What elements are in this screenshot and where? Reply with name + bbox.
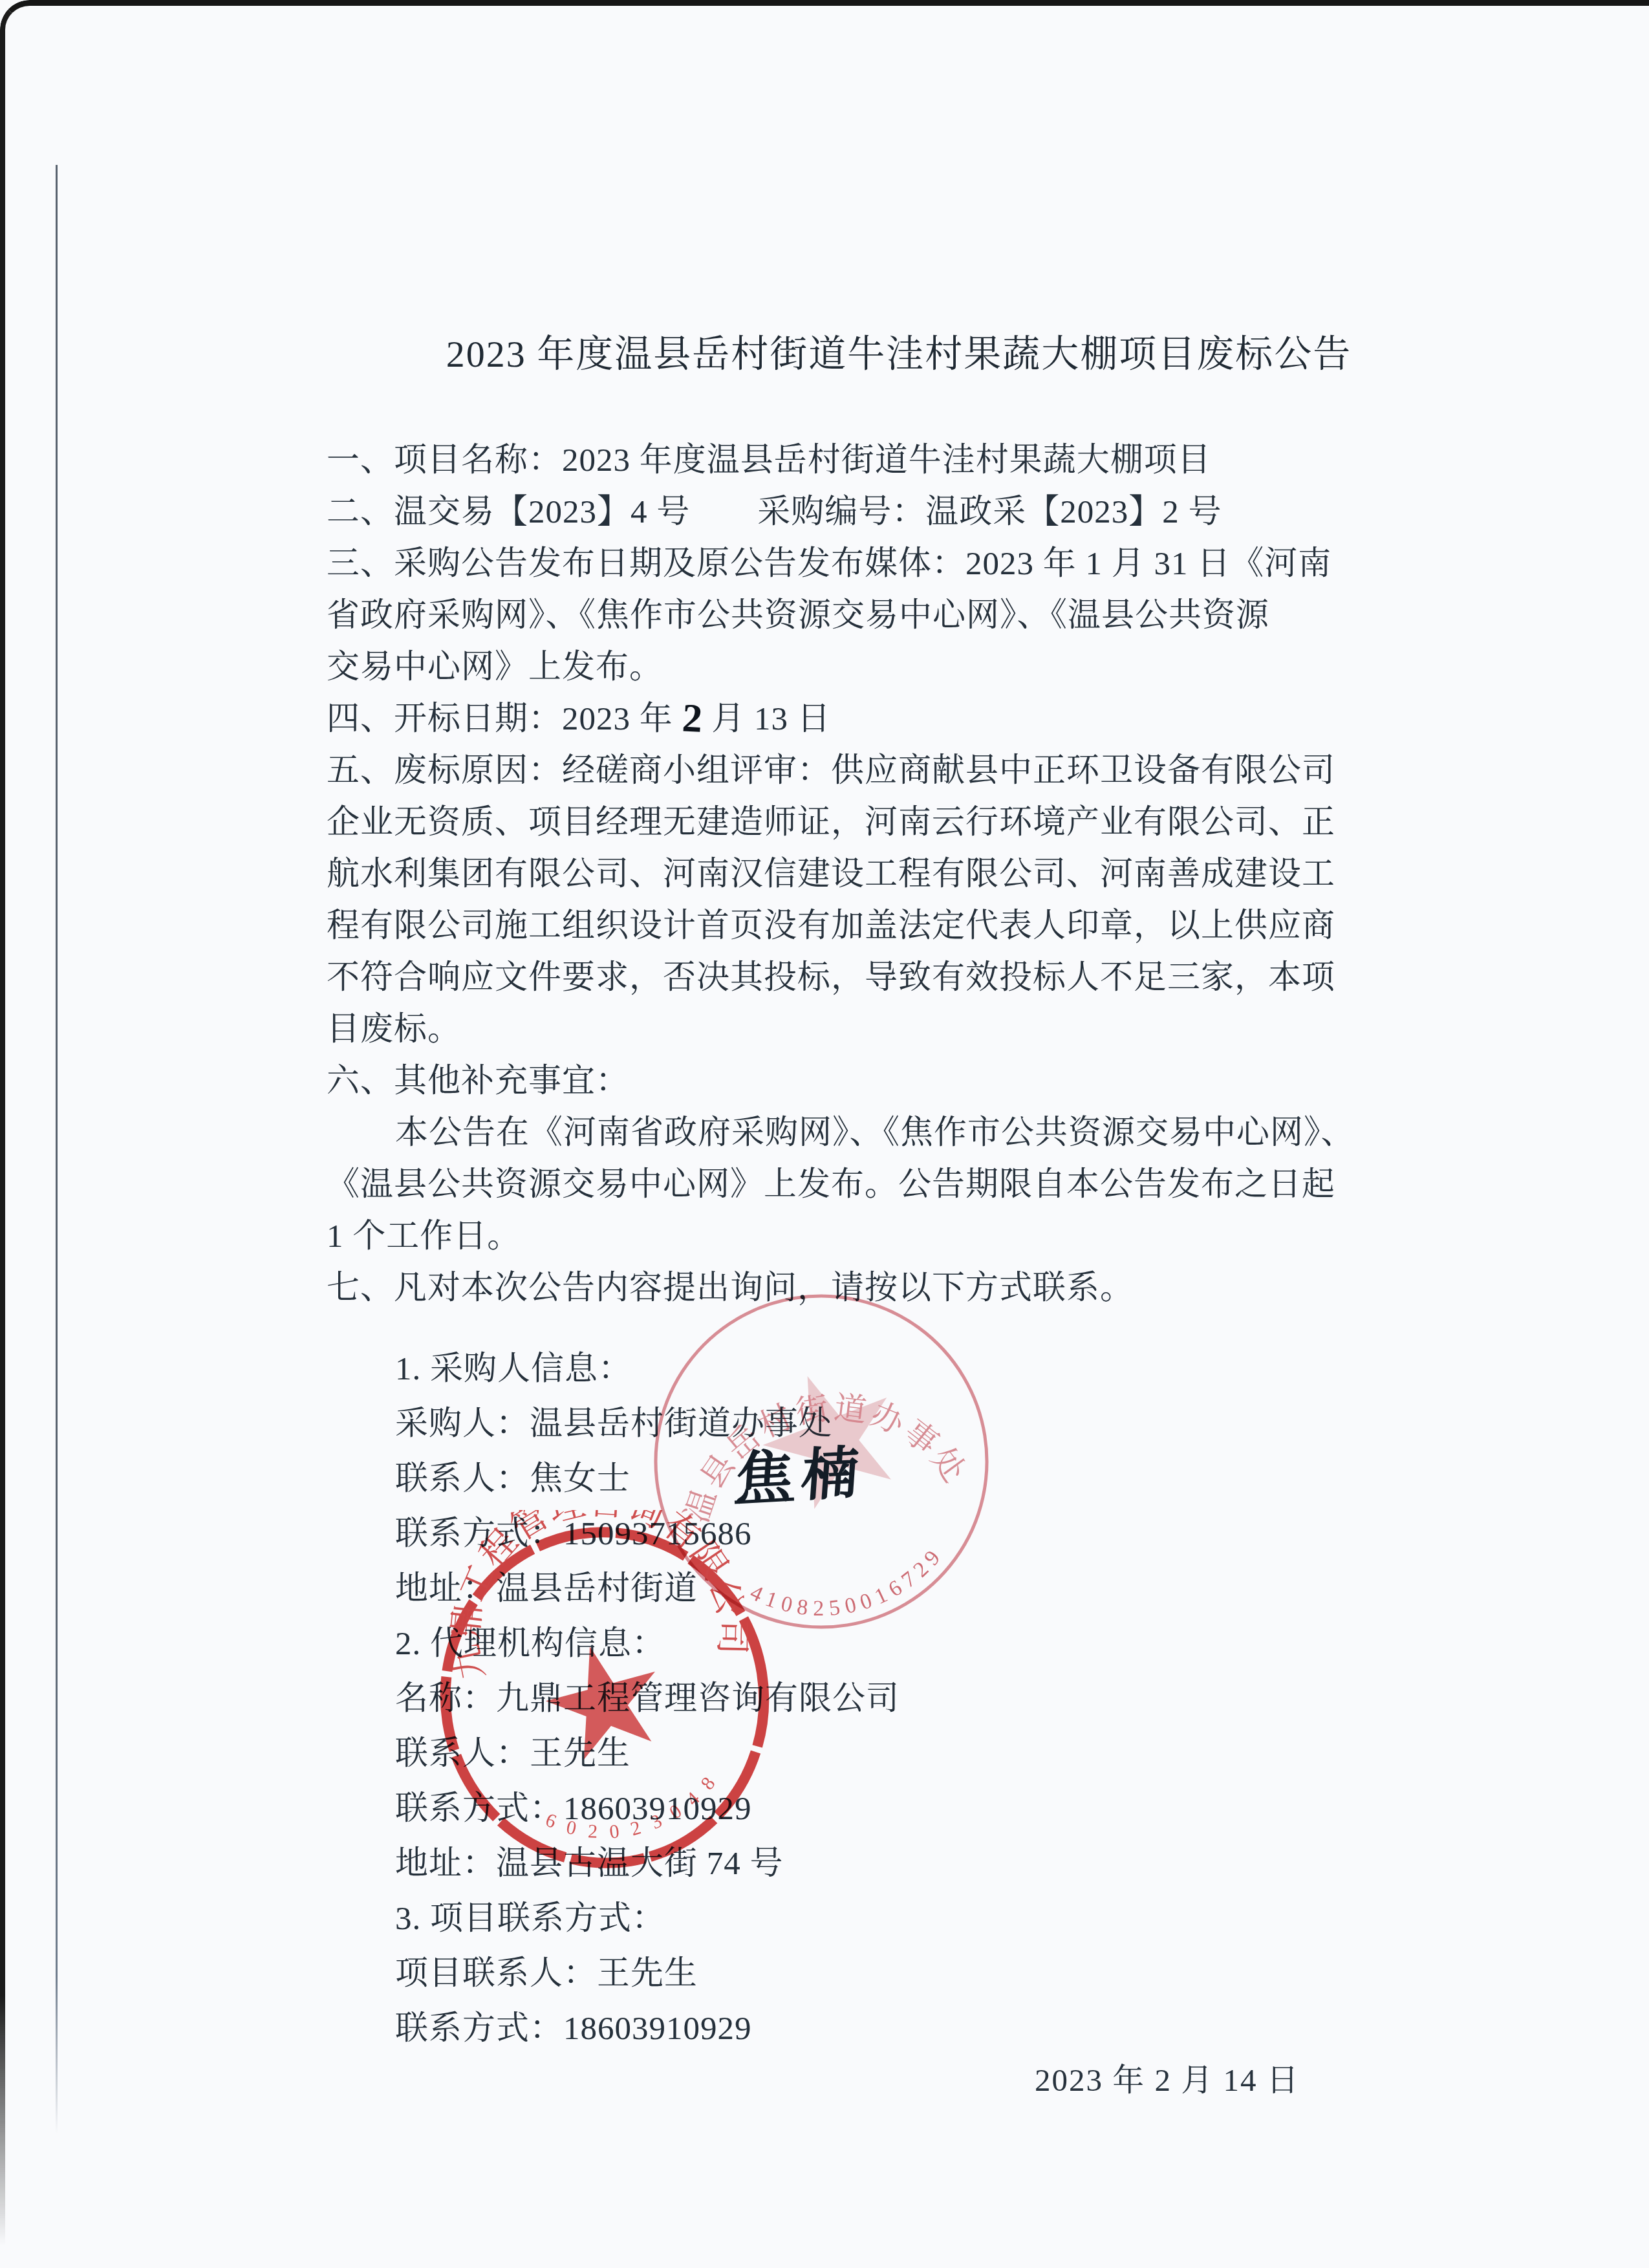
- text-line: 七、凡对本次公告内容提出询问，请按以下方式联系。: [327, 1262, 1339, 1314]
- text-line: 企业无资质、项目经理无建造师证，河南云行环境产业有限公司、正: [327, 797, 1339, 848]
- text-line: 目废标。: [327, 1004, 1339, 1055]
- text-segment: 月 13 日: [703, 701, 831, 737]
- text-line: 五、废标原因：经磋商小组评审：供应商献县中正环卫设备有限公司: [327, 745, 1339, 797]
- text-line: 二、温交易【2023】4 号 采购编号：温政采【2023】2 号: [327, 486, 1339, 538]
- text-line: 《温县公共资源交易中心网》上发布。公告期限自本公告发布之日起: [327, 1159, 1339, 1211]
- body-text-block: 一、项目名称：2023 年度温县岳村街道牛洼村果蔬大棚项目二、温交易【2023】…: [327, 435, 1339, 1314]
- text-line: 三、采购公告发布日期及原公告发布媒体：2023 年 1 月 31 日《河南: [327, 538, 1339, 590]
- text-line: 地址：温县岳村街道: [327, 1562, 1339, 1617]
- issue-date: 2023 年 2 月 14 日: [1035, 2055, 1339, 2101]
- text-line: 四、开标日期：2023 年 2 月 13 日: [327, 693, 1339, 745]
- text-line: 联系方式：18603910929: [327, 2002, 1339, 2057]
- text-line: 3. 项目联系方式：: [327, 1892, 1339, 1947]
- page-title: 2023 年度温县岳村街道牛洼村果蔬大棚项目废标公告: [362, 323, 1436, 378]
- handwritten-correction-digit: 2: [682, 718, 703, 719]
- text-line: 本公告在《河南省政府采购网》、《焦作市公共资源交易中心网》、: [327, 1107, 1339, 1159]
- text-line: 交易中心网》上发布。: [327, 642, 1339, 693]
- text-line: 省政府采购网》、《焦作市公共资源交易中心网》、《温县公共资源: [327, 590, 1339, 642]
- scan-fold-line: [56, 165, 58, 2134]
- text-line: 不符合响应文件要求，否决其投标，导致有效投标人不足三家，本项: [327, 952, 1339, 1004]
- text-line: 联系方式：15093715686: [327, 1507, 1339, 1562]
- text-line: 程有限公司施工组织设计首页没有加盖法定代表人印章，以上供应商: [327, 900, 1339, 952]
- text-line: 1 个工作日。: [327, 1211, 1339, 1262]
- text-line: 2. 代理机构信息：: [327, 1617, 1339, 1672]
- text-line: 联系人：王先生: [327, 1727, 1339, 1782]
- text-line: 项目联系人：王先生: [327, 1947, 1339, 2002]
- text-line: 名称：九鼎工程管理咨询有限公司: [327, 1672, 1339, 1727]
- text-line: 联系方式：18603910929: [327, 1782, 1339, 1837]
- text-line: 六、其他补充事宜：: [327, 1055, 1339, 1107]
- text-line: 1. 采购人信息：: [327, 1342, 1339, 1397]
- document-page: 2023 年度温县岳村街道牛洼村果蔬大棚项目废标公告 一、项目名称：2023 年…: [0, 0, 1649, 2268]
- text-line: 一、项目名称：2023 年度温县岳村街道牛洼村果蔬大棚项目: [327, 435, 1339, 486]
- text-line: 航水利集团有限公司、河南汉信建设工程有限公司、河南善成建设工: [327, 848, 1339, 900]
- text-segment: 四、开标日期：2023 年: [327, 701, 682, 737]
- text-line: 地址：温县古温大街 74 号: [327, 1837, 1339, 1892]
